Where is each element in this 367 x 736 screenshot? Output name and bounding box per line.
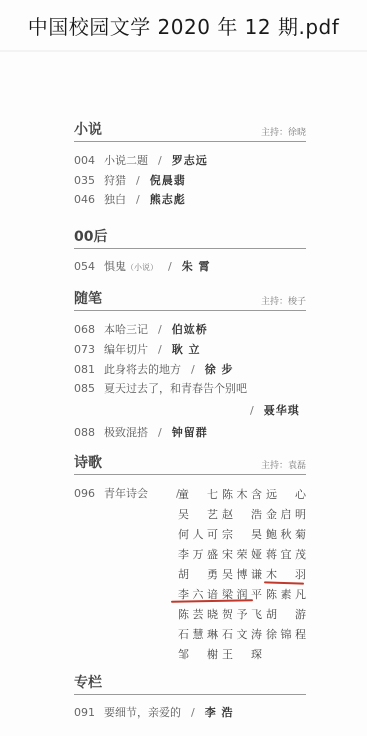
- separator: /: [191, 706, 195, 719]
- poet-name: 远心: [266, 486, 306, 502]
- separator: /: [136, 174, 140, 187]
- poet-name: 宗昊: [222, 526, 262, 542]
- title-bar: 中国校园文学 2020 年 12 期.pdf: [0, 0, 367, 52]
- entry-author: 钟留群: [172, 426, 208, 439]
- section-header-post00: 00后: [74, 226, 306, 249]
- separator: /: [191, 363, 195, 376]
- entry-title: 极致混搭: [104, 426, 148, 439]
- entry-author: 熊志彪: [150, 193, 186, 206]
- poet-name: 鲍秋菊: [266, 526, 306, 542]
- entry-title: 小说二题: [104, 154, 148, 167]
- entry-title: 编年切片: [104, 343, 148, 356]
- section-title: 小说: [74, 119, 102, 139]
- poet-name: 吴博谦: [222, 566, 262, 582]
- toc-entry[interactable]: 068本哈三记/伯竑桥: [74, 322, 208, 338]
- page-number: 091: [74, 705, 104, 721]
- section-title: 诗歌: [74, 452, 102, 472]
- poet-name: 徐锦程: [266, 626, 306, 642]
- document-title: 中国校园文学 2020 年 12 期.pdf: [28, 11, 340, 40]
- entry-title: 要细节，亲爱的: [104, 706, 181, 719]
- section-header-poetry: 诗歌 主持：袁磊: [74, 452, 306, 475]
- separator: /: [158, 323, 162, 336]
- toc-entry[interactable]: 091要细节，亲爱的/李 浩: [74, 705, 234, 721]
- section-host: 主持：徐晓: [261, 125, 306, 138]
- toc-entry[interactable]: 035狩猎/倪晨翡: [74, 173, 186, 189]
- poet-name: 赵浩: [222, 506, 262, 522]
- entry-title: 狩猎: [104, 174, 126, 187]
- separator: /: [168, 260, 172, 273]
- toc-entry-author-line: /聂华琪: [240, 403, 300, 419]
- poet-name: 贺予飞: [222, 606, 262, 622]
- entry-title: 青年诗会: [104, 487, 148, 500]
- page-number: 068: [74, 322, 104, 338]
- entry-author: 聂华琪: [264, 404, 300, 417]
- section-host: 主持：袁磊: [261, 458, 306, 471]
- page-number: 073: [74, 342, 104, 358]
- section-title: 随笔: [74, 288, 102, 308]
- poet-name: 陈素凡: [266, 586, 306, 602]
- section-header-column: 专栏: [74, 672, 306, 695]
- toc-entry[interactable]: 054惧鬼（小说）/朱 霄: [74, 259, 211, 275]
- page-number: 004: [74, 153, 104, 169]
- entry-title: 本哈三记: [104, 323, 148, 336]
- separator: /: [158, 343, 162, 356]
- poet-name: 石文涛: [222, 626, 262, 642]
- entry-author: 倪晨翡: [150, 174, 186, 187]
- poet-name: 金启明: [266, 506, 306, 522]
- poet-name: 木羽: [266, 566, 306, 582]
- entry-title: 惧鬼: [104, 260, 126, 273]
- poet-name: 童七: [178, 486, 218, 502]
- entry-author: 徐 步: [205, 363, 234, 376]
- section-header-fiction: 小说 主持：徐晓: [74, 119, 306, 142]
- poet-name: 蒋宜茂: [266, 546, 306, 562]
- entry-author: 耿 立: [172, 343, 201, 356]
- poet-name: 李万盛: [178, 546, 218, 562]
- toc-entry[interactable]: 081此身将去的地方/徐 步: [74, 362, 234, 378]
- entry-title: 独白: [104, 193, 126, 206]
- poet-name: 何人可: [178, 526, 218, 542]
- page-number: 054: [74, 259, 104, 275]
- separator: /: [158, 154, 162, 167]
- page-number: 085: [74, 381, 104, 397]
- entry-author: 朱 霄: [182, 260, 211, 273]
- poet-name: 陈芸晓: [178, 606, 218, 622]
- page-number: 088: [74, 425, 104, 441]
- entry-author: 罗志远: [172, 154, 208, 167]
- page-number: 035: [74, 173, 104, 189]
- poet-name: 邹榭: [178, 646, 218, 662]
- separator: /: [250, 404, 254, 417]
- poet-name: 石慧琳: [178, 626, 218, 642]
- entry-note: （小说）: [126, 263, 158, 272]
- separator: /: [158, 426, 162, 439]
- page-number: 081: [74, 362, 104, 378]
- entry-author: 李 浩: [205, 706, 234, 719]
- page-number: 046: [74, 192, 104, 208]
- page-number: 096: [74, 486, 104, 502]
- toc-entry[interactable]: 096青年诗会/: [74, 486, 190, 502]
- toc-entry[interactable]: 046独白/熊志彪: [74, 192, 186, 208]
- section-title: 专栏: [74, 672, 102, 692]
- poet-name: 胡勇: [178, 566, 218, 582]
- section-host: 主持：梭子: [261, 294, 306, 307]
- poet-name: 胡游: [266, 606, 306, 622]
- entry-author: 伯竑桥: [172, 323, 208, 336]
- section-header-essay: 随笔 主持：梭子: [74, 288, 306, 311]
- toc-entry[interactable]: 085夏天过去了，和青春告个别吧: [74, 381, 247, 397]
- entry-title: 夏天过去了，和青春告个别吧: [104, 382, 247, 395]
- poet-name: 吴艺: [178, 506, 218, 522]
- poet-name: 宋荣娅: [222, 546, 262, 562]
- entry-title: 此身将去的地方: [104, 363, 181, 376]
- toc-entry[interactable]: 073编年切片/耿 立: [74, 342, 201, 358]
- section-title: 00后: [74, 226, 107, 246]
- poet-name: 王琛: [222, 646, 262, 662]
- poet-name: 陈木含: [222, 486, 262, 502]
- toc-entry[interactable]: 004小说二题/罗志远: [74, 153, 208, 169]
- separator: /: [136, 193, 140, 206]
- toc-entry[interactable]: 088极致混搭/钟留群: [74, 425, 208, 441]
